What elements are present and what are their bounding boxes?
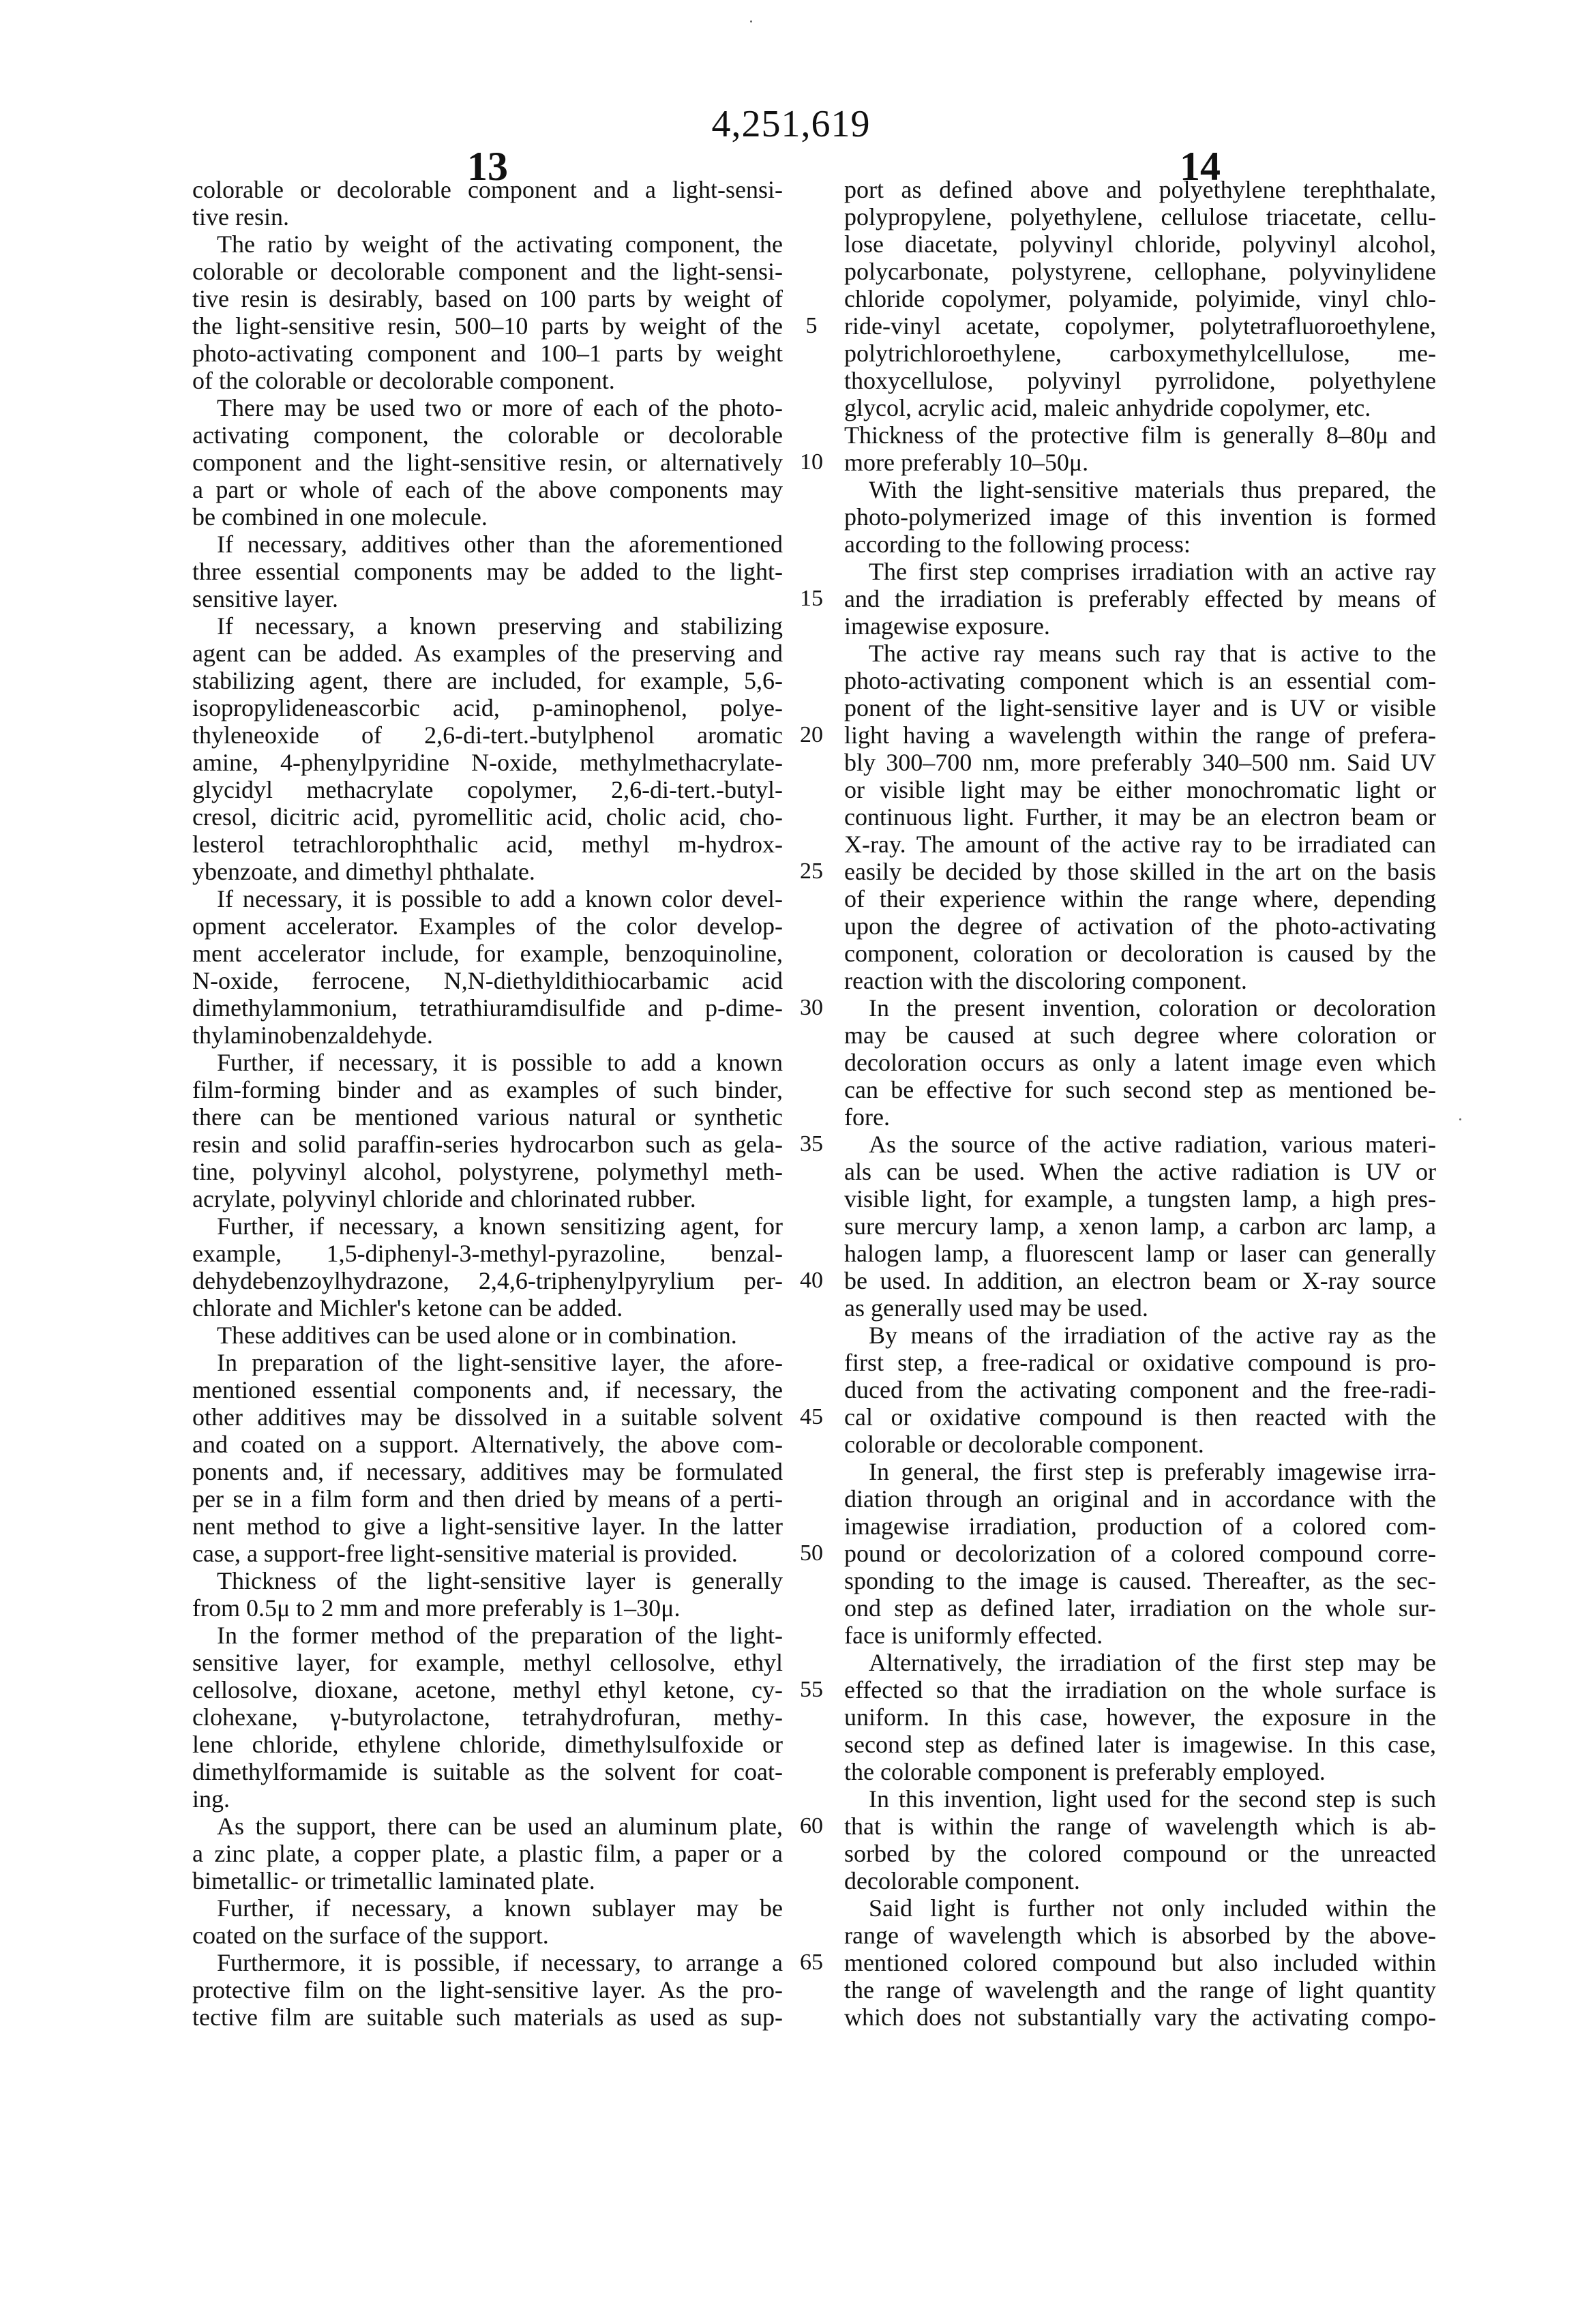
text-line: uniform. In this case, however, the expo… — [844, 1703, 1436, 1731]
left-text-column: colorable or decolorable component and a… — [192, 176, 783, 2031]
text-line: decoloration occurs as only a latent ima… — [844, 1049, 1436, 1076]
text-line: according to the following process: — [844, 531, 1436, 558]
text-line: As the source of the active radiation, v… — [844, 1131, 1436, 1158]
text-line: of their experience within the range whe… — [844, 885, 1436, 912]
text-line: Thickness of the light-sensitive layer i… — [192, 1567, 783, 1594]
text-line: sensitive layer, for example, methyl cel… — [192, 1649, 783, 1676]
text-line: second step as defined later is imagewis… — [844, 1731, 1436, 1758]
line-number: 50 — [791, 1540, 832, 1567]
text-line: polycarbonate, polystyrene, cellophane, … — [844, 258, 1436, 285]
text-line: thylaminobenzaldehyde. — [192, 1022, 783, 1049]
text-line: ond step as defined later, irradiation o… — [844, 1594, 1436, 1622]
text-line: Thickness of the protective film is gene… — [844, 421, 1436, 449]
right-text-column: port as defined above and polyethylene t… — [844, 176, 1436, 2031]
text-line: chlorate and Michler's ketone can be add… — [192, 1294, 783, 1322]
text-line: component, coloration or decoloration is… — [844, 940, 1436, 967]
text-line: The active ray means such ray that is ac… — [844, 640, 1436, 667]
line-number: 40 — [791, 1267, 832, 1294]
text-line: The first step comprises irradiation wit… — [844, 558, 1436, 585]
text-line: colorable or decolorable component and t… — [192, 258, 783, 285]
text-line: sorbed by the colored compound or the un… — [844, 1840, 1436, 1867]
text-line: cal or oxidative compound is then reacte… — [844, 1403, 1436, 1431]
text-line: other additives may be dissolved in a su… — [192, 1403, 783, 1431]
text-line: cresol, dicitric acid, pyromellitic acid… — [192, 803, 783, 831]
text-line: tective film are suitable such materials… — [192, 2003, 783, 2031]
text-line: clohexane, γ-butyrolactone, tetrahydrofu… — [192, 1703, 783, 1731]
text-line: per se in a film form and then dried by … — [192, 1485, 783, 1513]
line-number: 30 — [791, 994, 832, 1022]
text-line: bly 300–700 nm, more preferably 340–500 … — [844, 749, 1436, 776]
line-number: 60 — [791, 1813, 832, 1840]
text-line: In preparation of the light-sensitive la… — [192, 1349, 783, 1376]
text-line: which does not substantially vary the ac… — [844, 2003, 1436, 2031]
text-line: acrylate, polyvinyl chloride and chlorin… — [192, 1185, 783, 1212]
text-line: cellosolve, dioxane, acetone, methyl eth… — [192, 1676, 783, 1703]
text-line: three essential components may be added … — [192, 558, 783, 585]
line-number: 35 — [791, 1131, 832, 1158]
text-line: isopropylideneascorbic acid, p-aminophen… — [192, 694, 783, 721]
text-line: more preferably 10–50μ. — [844, 449, 1436, 476]
text-line: amine, 4-phenylpyridine N-oxide, methylm… — [192, 749, 783, 776]
text-line: can be effective for such second step as… — [844, 1076, 1436, 1103]
text-line: easily be decided by those skilled in th… — [844, 858, 1436, 885]
text-line: ybenzoate, and dimethyl phthalate. — [192, 858, 783, 885]
text-line: thyleneoxide of 2,6-di-tert.-butylphenol… — [192, 721, 783, 749]
text-line: be combined in one molecule. — [192, 503, 783, 531]
text-line: imagewise exposure. — [844, 612, 1436, 640]
text-line: sure mercury lamp, a xenon lamp, a carbo… — [844, 1212, 1436, 1240]
text-line: range of wavelength which is absorbed by… — [844, 1922, 1436, 1949]
text-line: mentioned colored compound but also incl… — [844, 1949, 1436, 1976]
text-line: In the present invention, coloration or … — [844, 994, 1436, 1022]
text-line: light having a wavelength within the ran… — [844, 721, 1436, 749]
text-line: ponents and, if necessary, additives may… — [192, 1458, 783, 1485]
text-line: The ratio by weight of the activating co… — [192, 230, 783, 258]
text-line: a part or whole of each of the above com… — [192, 476, 783, 503]
line-number: 25 — [791, 858, 832, 885]
text-line: If necessary, it is possible to add a kn… — [192, 885, 783, 912]
text-line: fore. — [844, 1103, 1436, 1131]
text-line: nent method to give a light-sensitive la… — [192, 1513, 783, 1540]
text-line: reaction with the discoloring component. — [844, 967, 1436, 994]
text-line: visible light, for example, a tungsten l… — [844, 1185, 1436, 1212]
text-line: a zinc plate, a copper plate, a plastic … — [192, 1840, 783, 1867]
text-line: be used. In addition, an electron beam o… — [844, 1267, 1436, 1294]
text-line: By means of the irradiation of the activ… — [844, 1322, 1436, 1349]
text-line: bimetallic- or trimetallic laminated pla… — [192, 1867, 783, 1894]
text-line: or visible light may be either monochrom… — [844, 776, 1436, 803]
text-line: Further, if necessary, a known sensitizi… — [192, 1212, 783, 1240]
text-line: lose diacetate, polyvinyl chloride, poly… — [844, 230, 1436, 258]
text-line: port as defined above and polyethylene t… — [844, 176, 1436, 203]
text-line: ment accelerator include, for example, b… — [192, 940, 783, 967]
text-line: of the colorable or decolorable componen… — [192, 367, 783, 394]
text-line: X-ray. The amount of the active ray to b… — [844, 831, 1436, 858]
text-line: protective film on the light-sensitive l… — [192, 1976, 783, 2003]
text-line: tive resin is desirably, based on 100 pa… — [192, 285, 783, 312]
text-line: upon the degree of activation of the pho… — [844, 912, 1436, 940]
text-line: and the irradiation is preferably effect… — [844, 585, 1436, 612]
text-line: activating component, the colorable or d… — [192, 421, 783, 449]
text-line: photo-activating component and 100–1 par… — [192, 340, 783, 367]
text-line: face is uniformly effected. — [844, 1622, 1436, 1649]
text-line: the colorable component is preferably em… — [844, 1758, 1436, 1785]
text-line: pound or decolorization of a colored com… — [844, 1540, 1436, 1567]
text-line: With the light-sensitive materials thus … — [844, 476, 1436, 503]
text-line: These additives can be used alone or in … — [192, 1322, 783, 1349]
text-line: coated on the surface of the support. — [192, 1922, 783, 1949]
text-line: example, 1,5-diphenyl-3-methyl-pyrazolin… — [192, 1240, 783, 1267]
text-line: In this invention, light used for the se… — [844, 1785, 1436, 1813]
text-line: In the former method of the preparation … — [192, 1622, 783, 1649]
text-line: thoxycellulose, polyvinyl pyrrolidone, p… — [844, 367, 1436, 394]
text-line: sponding to the image is caused. Thereaf… — [844, 1567, 1436, 1594]
text-line: imagewise irradiation, production of a c… — [844, 1513, 1436, 1540]
line-number: 20 — [791, 721, 832, 749]
text-line: If necessary, a known preserving and sta… — [192, 612, 783, 640]
text-line: polypropylene, polyethylene, cellulose t… — [844, 203, 1436, 230]
text-line: lesterol tetrachlorophthalic acid, methy… — [192, 831, 783, 858]
text-line: dehydebenzoylhydrazone, 2,4,6-triphenylp… — [192, 1267, 783, 1294]
text-line: Alternatively, the irradiation of the fi… — [844, 1649, 1436, 1676]
text-line: decolorable component. — [844, 1867, 1436, 1894]
text-line: mentioned essential components and, if n… — [192, 1376, 783, 1403]
text-line: ponent of the light-sensitive layer and … — [844, 694, 1436, 721]
text-line: In general, the first step is preferably… — [844, 1458, 1436, 1485]
text-line: lene chloride, ethylene chloride, dimeth… — [192, 1731, 783, 1758]
text-line: Furthermore, it is possible, if necessar… — [192, 1949, 783, 1976]
text-line: glycidyl methacrylate copolymer, 2,6-di-… — [192, 776, 783, 803]
text-line: There may be used two or more of each of… — [192, 394, 783, 421]
text-line: If necessary, additives other than the a… — [192, 531, 783, 558]
text-line: dimethylformamide is suitable as the sol… — [192, 1758, 783, 1785]
text-line: Further, if necessary, a known sublayer … — [192, 1894, 783, 1922]
text-line: Further, if necessary, it is possible to… — [192, 1049, 783, 1076]
text-line: halogen lamp, a fluorescent lamp or lase… — [844, 1240, 1436, 1267]
text-line: tive resin. — [192, 203, 783, 230]
text-line: resin and solid paraffin-series hydrocar… — [192, 1131, 783, 1158]
text-line: the light-sensitive resin, 500–10 parts … — [192, 312, 783, 340]
text-line: component and the light-sensitive resin,… — [192, 449, 783, 476]
line-number: 45 — [791, 1403, 832, 1431]
text-line: film-forming binder and as examples of s… — [192, 1076, 783, 1103]
text-line: the range of wavelength and the range of… — [844, 1976, 1436, 2003]
patent-number: 4,251,619 — [0, 102, 1582, 146]
text-line: may be caused at such degree where color… — [844, 1022, 1436, 1049]
text-line: case, a support-free light-sensitive mat… — [192, 1540, 783, 1567]
text-line: and coated on a support. Alternatively, … — [192, 1431, 783, 1458]
text-line: colorable or decolorable component and a… — [192, 176, 783, 203]
text-line: there can be mentioned various natural o… — [192, 1103, 783, 1131]
text-line: N-oxide, ferrocene, N,N-diethyldithiocar… — [192, 967, 783, 994]
text-line: als can be used. When the active radiati… — [844, 1158, 1436, 1185]
text-line: from 0.5μ to 2 mm and more preferably is… — [192, 1594, 783, 1622]
line-number: 10 — [791, 449, 832, 476]
text-line: polytrichloroethylene, carboxymethylcell… — [844, 340, 1436, 367]
text-line: effected so that the irradiation on the … — [844, 1676, 1436, 1703]
text-line: chloride copolymer, polyamide, polyimide… — [844, 285, 1436, 312]
text-line: colorable or decolorable component. — [844, 1431, 1436, 1458]
text-line: dimethylammonium, tetrathiuramdisulfide … — [192, 994, 783, 1022]
line-number: 15 — [791, 585, 832, 612]
text-line: As the support, there can be used an alu… — [192, 1813, 783, 1840]
text-line: Said light is further not only included … — [844, 1894, 1436, 1922]
scan-speck — [750, 20, 752, 23]
text-line: tine, polyvinyl alcohol, polystyrene, po… — [192, 1158, 783, 1185]
text-line: as generally used may be used. — [844, 1294, 1436, 1322]
text-line: photo-activating component which is an e… — [844, 667, 1436, 694]
line-number: 55 — [791, 1676, 832, 1703]
text-line: opment accelerator. Examples of the colo… — [192, 912, 783, 940]
text-line: ride-vinyl acetate, copolymer, polytetra… — [844, 312, 1436, 340]
text-line: sensitive layer. — [192, 585, 783, 612]
scan-speck — [1459, 1118, 1461, 1120]
text-line: photo-polymerized image of this inventio… — [844, 503, 1436, 531]
text-line: agent can be added. As examples of the p… — [192, 640, 783, 667]
text-line: glycol, acrylic acid, maleic anhydride c… — [844, 394, 1436, 421]
line-number: 65 — [791, 1949, 832, 1976]
text-line: that is within the range of wavelength w… — [844, 1813, 1436, 1840]
line-number: 5 — [791, 312, 832, 340]
text-line: ing. — [192, 1785, 783, 1813]
text-line: continuous light. Further, it may be an … — [844, 803, 1436, 831]
text-line: diation through an original and in accor… — [844, 1485, 1436, 1513]
text-line: duced from the activating component and … — [844, 1376, 1436, 1403]
text-line: first step, a free-radical or oxidative … — [844, 1349, 1436, 1376]
text-line: stabilizing agent, there are included, f… — [192, 667, 783, 694]
